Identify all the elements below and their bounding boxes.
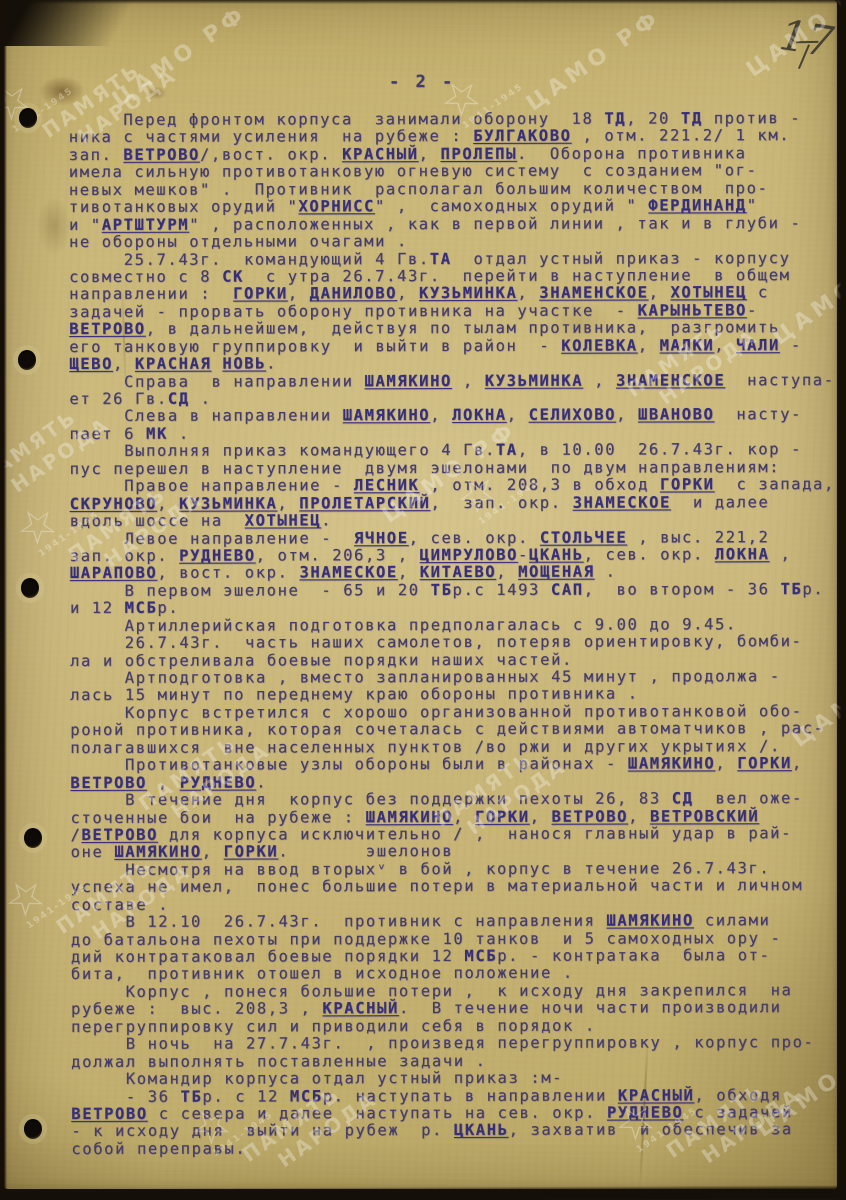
text-line: СКРУНОВО, КУЗЬМИНКА, ПРОЛЕТАРСКИЙ, зап. … <box>70 494 839 513</box>
small-stain <box>145 86 167 100</box>
text-line: его танковую группировку и выйти в район… <box>69 337 838 356</box>
folio-number-text: 17 <box>776 10 836 67</box>
folio-number-handwritten: 17 <box>775 10 840 78</box>
punch-hole <box>24 1119 42 1139</box>
punch-hole <box>24 828 42 848</box>
text-line: - к исходу дня выйти на рубеж р. ЦКАНЬ, … <box>71 1121 840 1140</box>
edge-scuff <box>37 196 71 256</box>
text-line: и "АРТШТУРМ" , расположенных , как в пер… <box>69 215 838 234</box>
text-line: Слева в направлении ШАМЯКИНО, ЛОКНА, СЕЛ… <box>69 406 838 425</box>
document-page: - 2 - Перед фронтом корпуса занимали обо… <box>3 0 837 1189</box>
document-text: Перед фронтом корпуса занимали оборону 1… <box>72 110 841 1158</box>
punch-hole <box>18 350 36 370</box>
typed-page-number: - 2 - <box>389 72 455 92</box>
text-line: В ночь на 27.7.43г. , произведя перегруп… <box>71 1034 840 1053</box>
text-line: собой переправы. <box>71 1139 840 1158</box>
text-line: успеха не имел, понес большие потери в м… <box>71 877 840 896</box>
text-line: Справа в направлении ШАМЯКИНО , КУЗЬМИНК… <box>69 372 838 391</box>
scan-viewport: - 2 - Перед фронтом корпуса занимали обо… <box>0 0 846 1200</box>
punch-hole <box>19 108 37 128</box>
punch-hole <box>21 578 39 598</box>
text-line: Противотанковые узлы обороны были в райо… <box>70 755 839 774</box>
text-line: 26.7.43г. часть наших самолетов, потеряв… <box>70 633 839 652</box>
text-line: рубеже : выс. 208,3 , КРАСНЫЙ. В течение… <box>71 999 840 1018</box>
text-line: /ВЕТРОВО для корпуса исключительно / , н… <box>71 825 840 844</box>
ink-smudge-stain <box>39 76 85 106</box>
text-line: В первом эшелоне - 65 и 20 ТБр.с 1493 СА… <box>70 581 839 600</box>
